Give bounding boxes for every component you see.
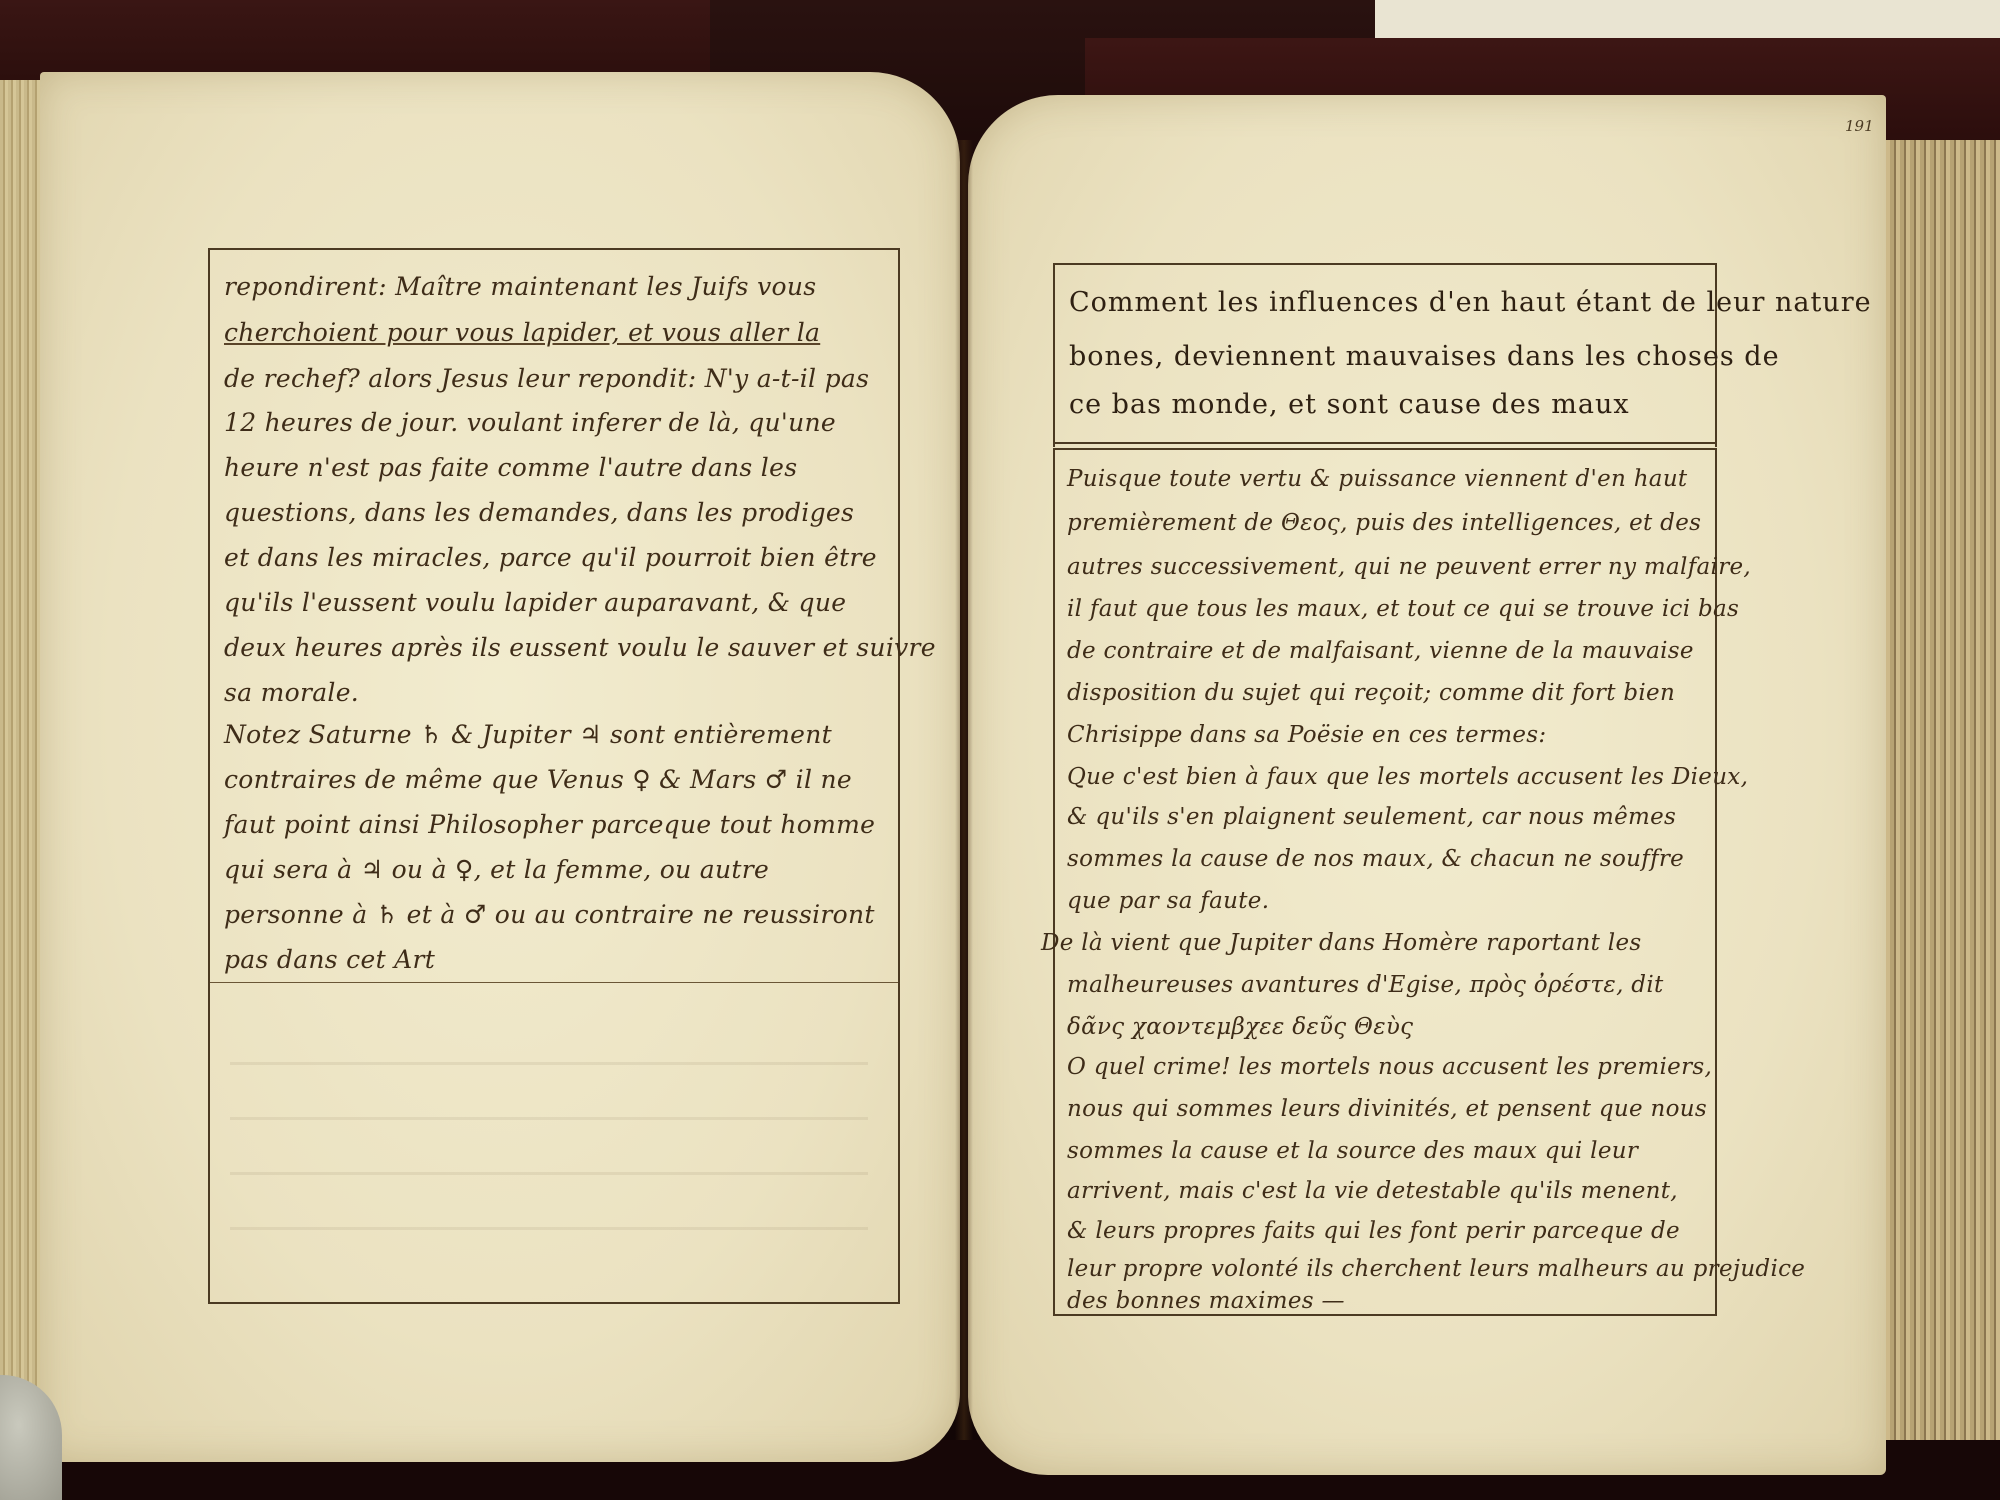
text-line: faut point ainsi Philosopher parceque to… (210, 810, 898, 839)
title-line: ce bas monde, et sont cause des maux (1055, 389, 1715, 420)
text-line: δᾶνς χαοντεμβχεε δεῦς Θεὺς (1055, 1014, 1715, 1040)
text-line: questions, dans les demandes, dans les p… (210, 498, 898, 527)
text-line: Chrisippe dans sa Poësie en ces termes: (1055, 722, 1715, 748)
page-edges-right (1880, 140, 2000, 1460)
text-line: arrivent, mais c'est la vie detestable q… (1055, 1178, 1715, 1204)
text-line: repondirent: Maître maintenant les Juifs… (210, 272, 898, 301)
right-text-frame: Puisque toute vertu & puissance viennent… (1053, 448, 1717, 1316)
text-line: Puisque toute vertu & puissance viennent… (1055, 466, 1715, 492)
text-line: premièrement de Θεος, puis des intellige… (1055, 510, 1715, 536)
text-line: cherchoient pour vous lapider, et vous a… (210, 318, 898, 347)
text-line: contraires de même que Venus ♀ & Mars ♂ … (210, 765, 898, 794)
title-line: bones, deviennent mauvaises dans les cho… (1055, 341, 1715, 372)
text-line: 12 heures de jour. voulant inferer de là… (210, 408, 898, 437)
book-gutter (955, 140, 973, 1440)
text-line: De là vient que Jupiter dans Homère rapo… (1029, 930, 1715, 956)
text-line: sommes la cause et la source des maux qu… (1055, 1138, 1715, 1164)
text-line: que par sa faute. (1055, 888, 1715, 914)
text-line: pas dans cet Art (210, 945, 898, 974)
text-line: nous qui sommes leurs divinités, et pens… (1055, 1096, 1715, 1122)
text-line: deux heures après ils eussent voulu le s… (210, 633, 898, 662)
text-line: de rechef? alors Jesus leur repondit: N'… (210, 364, 898, 393)
text-line: des bonnes maximes — (1055, 1288, 1715, 1314)
chapter-title-box: Comment les influences d'en haut étant d… (1053, 263, 1717, 447)
text-line: sommes la cause de nos maux, & chacun ne… (1055, 846, 1715, 872)
section-rule (210, 982, 898, 983)
text-line: heure n'est pas faite comme l'autre dans… (210, 453, 898, 482)
text-line: et dans les miracles, parce qu'il pourro… (210, 543, 898, 572)
text-line: autres successivement, qui ne peuvent er… (1055, 554, 1715, 580)
text-line: & leurs propres faits qui les font perir… (1055, 1218, 1715, 1244)
text-line: malheureuses avantures d'Egise, πρὸς ὀρέ… (1055, 972, 1715, 998)
text-line: leur propre volonté ils cherchent leurs … (1055, 1256, 1715, 1282)
text-line: sa morale. (210, 678, 898, 707)
title-line: Comment les influences d'en haut étant d… (1055, 287, 1715, 318)
text-line: Que c'est bien à faux que les mortels ac… (1055, 764, 1715, 790)
left-text-frame: repondirent: Maître maintenant les Juifs… (208, 248, 900, 1304)
folio-number: 191 (1845, 117, 1874, 135)
paper-card-top-right (1375, 0, 2000, 42)
bleed-through-area (230, 1010, 868, 1272)
text-line: Notez Saturne ♄ & Jupiter ♃ sont entière… (210, 720, 898, 749)
text-line: qu'ils l'eussent voulu lapider auparavan… (210, 588, 898, 617)
text-line: qui sera à ♃ ou à ♀, et la femme, ou aut… (210, 855, 898, 884)
text-line: disposition du sujet qui reçoit; comme d… (1055, 680, 1715, 706)
text-line: O quel crime! les mortels nous accusent … (1055, 1054, 1715, 1080)
text-line: & qu'ils s'en plaignent seulement, car n… (1055, 804, 1715, 830)
text-line: il faut que tous les maux, et tout ce qu… (1055, 596, 1715, 622)
text-line: de contraire et de malfaisant, vienne de… (1055, 638, 1715, 664)
text-line: personne à ♄ et à ♂ ou au contraire ne r… (210, 900, 898, 929)
